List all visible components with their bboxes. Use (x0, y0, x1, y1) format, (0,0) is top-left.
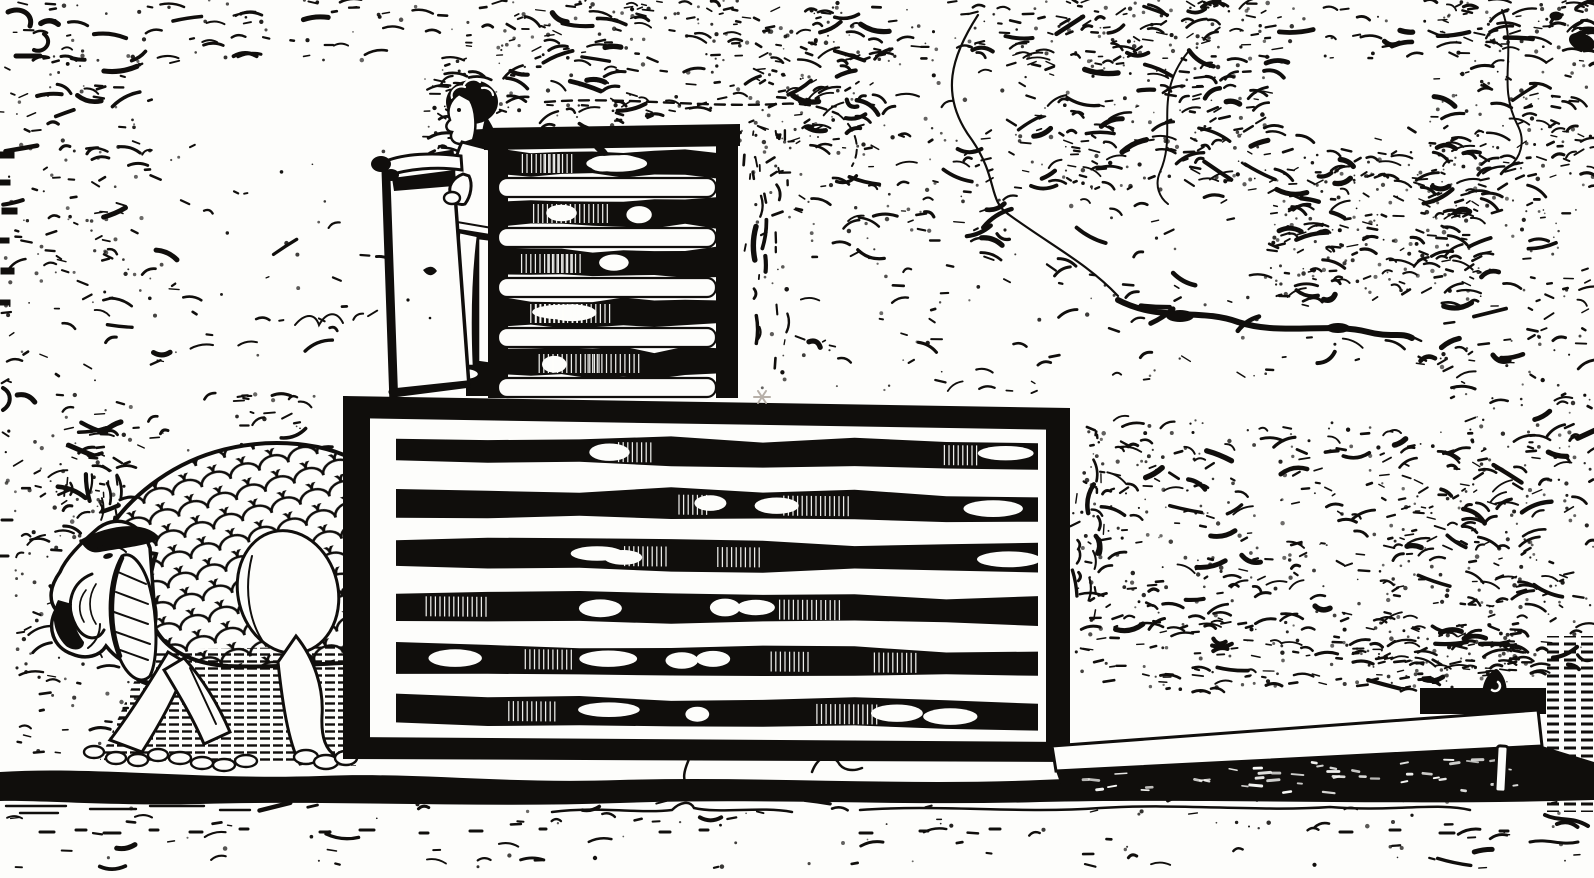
lower-cage-left-rail (343, 396, 370, 757)
upper-cage-top-bar (484, 124, 740, 150)
panel-dot-1 (406, 298, 409, 301)
keeper-hand-grip-2 (383, 169, 399, 181)
upper-cage-plank (498, 178, 716, 197)
keeper-face (446, 94, 475, 144)
upper-cage-plank (498, 228, 716, 247)
keeper-hand-2 (444, 192, 460, 204)
anchor-peg (1495, 746, 1508, 793)
upper-slatted-cage (484, 124, 740, 398)
upper-cage-slat (500, 347, 716, 379)
crack-blob-2 (1326, 323, 1350, 333)
upper-cage-right-rail (716, 126, 738, 398)
right-edge-blob-small (1550, 12, 1562, 20)
engraving-page (0, 0, 1594, 878)
upper-cage-plank (498, 278, 716, 297)
upper-cage-slats (498, 149, 716, 397)
keeper-eye (457, 108, 461, 112)
panel-dot-2 (429, 317, 432, 320)
engraving-canvas (0, 0, 1594, 878)
lower-cage-right-rail (1046, 410, 1070, 744)
upper-cage-plank (498, 378, 716, 397)
crack-blob-1 (1166, 310, 1194, 322)
upper-cage-plank (498, 328, 716, 347)
upper-cage-slat (500, 149, 716, 179)
